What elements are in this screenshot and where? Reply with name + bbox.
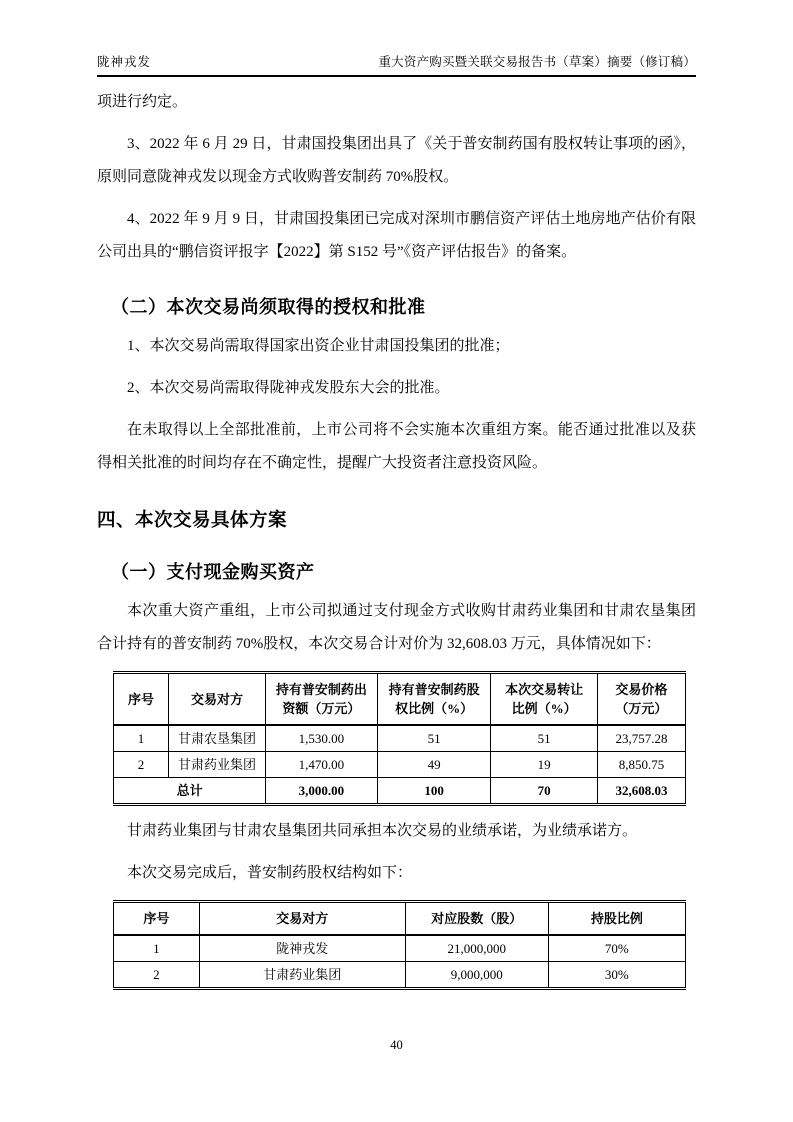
paragraph-equity-structure: 本次交易完成后，普安制药股权结构如下： — [97, 857, 696, 890]
col-header-seq: 序号 — [114, 902, 200, 936]
cell-holding-ratio: 70% — [548, 935, 685, 962]
running-header: 陇神戎发 重大资产购买暨关联交易报告书（草案）摘要（修订稿） — [97, 52, 696, 77]
header-document-title: 重大资产购买暨关联交易报告书（草案）摘要（修订稿） — [378, 52, 696, 70]
cell-shares: 21,000,000 — [405, 935, 548, 962]
heading-approvals: （二）本次交易尚须取得的授权和批准 — [111, 293, 696, 321]
table-header-row: 序号 交易对方 对应股数（股） 持股比例 — [114, 902, 686, 936]
transaction-counterparty-table: 序号 交易对方 持有普安制药出 资额（万元） 持有普安制药股 权比例（%） 本次… — [113, 671, 686, 806]
paragraph-performance-promise: 甘肃药业集团与甘肃农垦集团共同承担本次交易的业绩承诺，为业绩承诺方。 — [97, 815, 696, 848]
cell-transfer-ratio: 51 — [491, 725, 597, 752]
cell-total-equity-ratio: 100 — [377, 778, 491, 805]
document-page: 陇神戎发 重大资产购买暨关联交易报告书（草案）摘要（修订稿） 项进行约定。 3、… — [0, 0, 793, 1122]
col-header-transfer-ratio: 本次交易转让 比例（%） — [491, 673, 597, 726]
cell-seq: 2 — [114, 962, 200, 989]
table-row: 2 甘肃药业集团 9,000,000 30% — [114, 962, 686, 989]
heading-transaction-plan: 四、本次交易具体方案 — [97, 506, 696, 534]
cell-equity-ratio: 49 — [377, 752, 491, 778]
col-header-shares: 对应股数（股） — [405, 902, 548, 936]
table-row: 1 甘肃农垦集团 1,530.00 51 51 23,757.28 — [114, 725, 686, 752]
col-header-counterparty: 交易对方 — [168, 673, 265, 726]
equity-structure-table: 序号 交易对方 对应股数（股） 持股比例 1 陇神戎发 21,000,000 7… — [113, 900, 686, 990]
table-row: 1 陇神戎发 21,000,000 70% — [114, 935, 686, 962]
cell-counterparty: 甘肃药业集团 — [168, 752, 265, 778]
cell-total-transfer-ratio: 70 — [491, 778, 597, 805]
paragraph-approval-1: 1、本次交易尚需取得国家出资企业甘肃国投集团的批准； — [97, 330, 696, 363]
table-total-row: 总计 3,000.00 100 70 32,608.03 — [114, 778, 686, 805]
paragraph-risk-notice: 在未取得以上全部批准前，上市公司将不会实施本次重组方案。能否通过批准以及获得相关… — [97, 414, 696, 480]
paragraph-cash-intro: 本次重大资产重组，上市公司拟通过支付现金方式收购甘肃药业集团和甘肃农垦集团合计持… — [97, 595, 696, 661]
col-header-holding-ratio: 持股比例 — [548, 902, 685, 936]
cell-seq: 1 — [114, 935, 200, 962]
page-number: 40 — [0, 1038, 793, 1053]
cell-price: 8,850.75 — [597, 752, 685, 778]
paragraph-approval-2: 2、本次交易尚需取得陇神戎发股东大会的批准。 — [97, 372, 696, 405]
paragraph-item-3: 3、2022 年 6 月 29 日，甘肃国投集团出具了《关于普安制药国有股权转让… — [97, 128, 696, 194]
cell-shareholder: 陇神戎发 — [199, 935, 405, 962]
col-header-seq: 序号 — [114, 673, 169, 726]
document-body: 项进行约定。 3、2022 年 6 月 29 日，甘肃国投集团出具了《关于普安制… — [97, 86, 696, 990]
cell-transfer-ratio: 19 — [491, 752, 597, 778]
cell-equity-ratio: 51 — [377, 725, 491, 752]
cell-shares: 9,000,000 — [405, 962, 548, 989]
paragraph-carryover: 项进行约定。 — [97, 86, 696, 119]
header-company-name: 陇神戎发 — [97, 52, 151, 70]
cell-counterparty: 甘肃农垦集团 — [168, 725, 265, 752]
table-header-row: 序号 交易对方 持有普安制药出 资额（万元） 持有普安制药股 权比例（%） 本次… — [114, 673, 686, 726]
cell-total-capital: 3,000.00 — [266, 778, 378, 805]
cell-seq: 1 — [114, 725, 169, 752]
table-row: 2 甘肃药业集团 1,470.00 49 19 8,850.75 — [114, 752, 686, 778]
col-header-capital: 持有普安制药出 资额（万元） — [266, 673, 378, 726]
col-header-price: 交易价格 （万元） — [597, 673, 685, 726]
cell-price: 23,757.28 — [597, 725, 685, 752]
cell-total-label: 总计 — [114, 778, 266, 805]
col-header-counterparty: 交易对方 — [199, 902, 405, 936]
cell-total-price: 32,608.03 — [597, 778, 685, 805]
col-header-equity-ratio: 持有普安制药股 权比例（%） — [377, 673, 491, 726]
cell-shareholder: 甘肃药业集团 — [199, 962, 405, 989]
cell-seq: 2 — [114, 752, 169, 778]
cell-capital: 1,530.00 — [266, 725, 378, 752]
paragraph-item-4: 4、2022 年 9 月 9 日，甘肃国投集团已完成对深圳市鹏信资产评估土地房地… — [97, 203, 696, 269]
cell-capital: 1,470.00 — [266, 752, 378, 778]
heading-cash-purchase: （一）支付现金购买资产 — [111, 558, 696, 586]
cell-holding-ratio: 30% — [548, 962, 685, 989]
